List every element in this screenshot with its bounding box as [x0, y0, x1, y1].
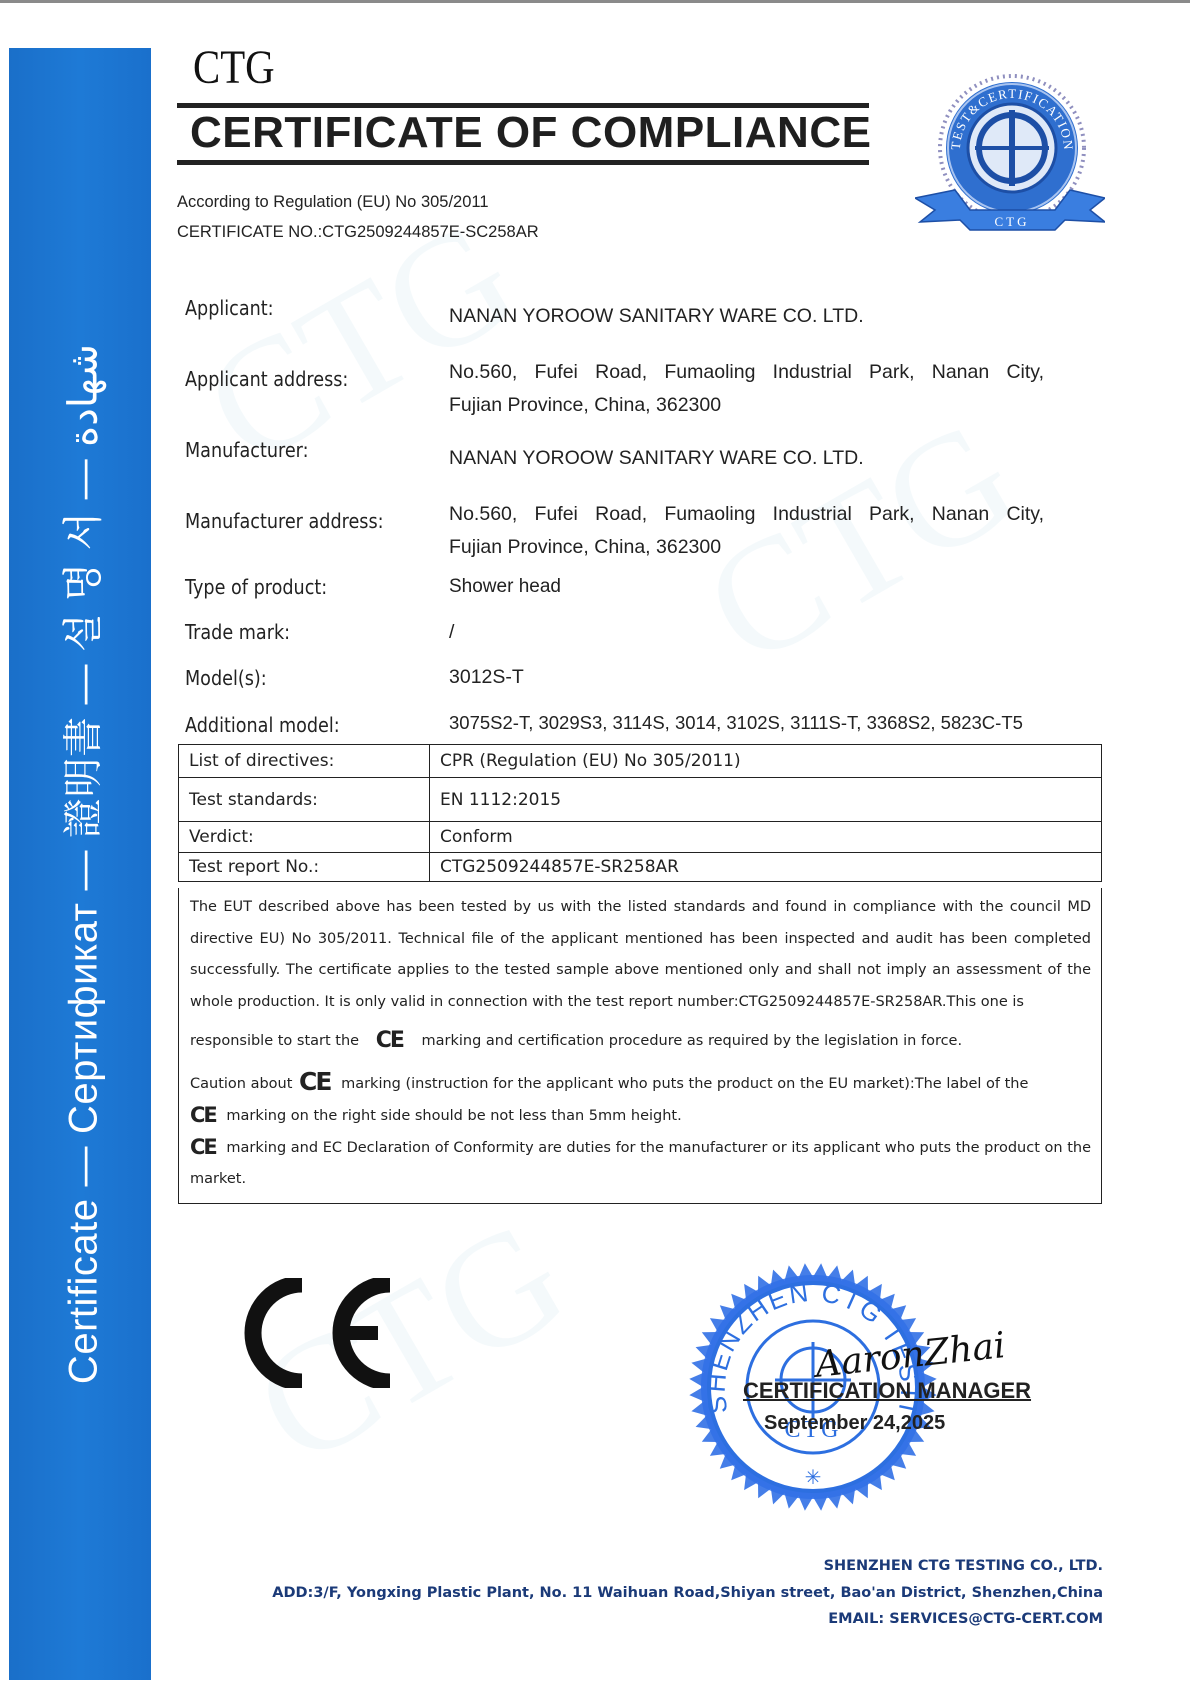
applicant-address-label: Applicant address:: [185, 367, 348, 391]
side-band-text: Certificate—Сертификат—證明書—설 명 서—شهادة: [52, 338, 109, 1390]
table-cell-label: Verdict:: [179, 822, 430, 853]
footer-email: EMAIL: SERVICES@CTG-CERT.COM: [828, 1611, 1103, 1627]
table-cell-value: EN 1112:2015: [430, 778, 1102, 822]
ce-mark-icon: CE: [299, 1067, 330, 1096]
statement-text: marking on the right side should be not …: [226, 1108, 681, 1124]
side-band: Certificate—Сертификат—證明書—설 명 서—شهادة: [9, 48, 151, 1680]
signatory-title: CERTIFICATION MANAGER: [743, 1378, 1031, 1404]
band-segment: Certificate: [62, 1199, 107, 1385]
band-separator: —: [62, 1146, 107, 1187]
manufacturer-address-value: No.560, Fufei Road, Fumaoling Industrial…: [449, 498, 1044, 564]
additional-model-label: Additional model:: [185, 713, 340, 737]
additional-model-value: 3075S2-T, 3029S3, 3114S, 3014, 3102S, 31…: [449, 706, 1023, 739]
statement-text: marking and EC Declaration of Conformity…: [190, 1140, 1091, 1187]
applicant-address-value: No.560, Fufei Road, Fumaoling Industrial…: [449, 356, 1044, 422]
manufacturer-address-label: Manufacturer address:: [185, 509, 384, 533]
band-segment: Сертификат: [62, 903, 107, 1134]
table-cell-label: List of directives:: [179, 745, 430, 778]
product-type-value: Shower head: [449, 570, 561, 603]
models-value: 3012S-T: [449, 661, 524, 694]
band-separator: —: [62, 459, 107, 500]
test-certification-badge-icon: TEST&CERTIFICATION CTG: [915, 70, 1105, 240]
applicant-value: NANAN YOROOW SANITARY WARE CO. LTD.: [449, 300, 864, 333]
ce-mark-icon: CE: [376, 1028, 403, 1053]
band-separator: —: [62, 664, 107, 705]
manufacturer-value: NANAN YOROOW SANITARY WARE CO. LTD.: [449, 442, 864, 475]
table-row: List of directives: CPR (Regulation (EU)…: [179, 745, 1102, 778]
statement-text: marking and certification procedure as r…: [421, 1033, 962, 1049]
table-cell-value: CTG2509244857E-SR258AR: [430, 853, 1102, 882]
signature-date: September 24,2025: [764, 1412, 945, 1435]
band-segment: 證明書: [52, 717, 109, 839]
certificate-number: CERTIFICATE NO.:CTG2509244857E-SC258AR: [177, 223, 539, 242]
table-row: Test standards: EN 1112:2015: [179, 778, 1102, 822]
scan-top-edge: [0, 0, 1190, 3]
applicant-label: Applicant:: [185, 296, 274, 320]
band-segment: شهادة: [61, 344, 107, 447]
band-segment: 설 명 서: [52, 511, 109, 652]
table-cell-label: Test standards:: [179, 778, 430, 822]
directives-table: List of directives: CPR (Regulation (EU)…: [178, 744, 1102, 882]
table-cell-value: Conform: [430, 822, 1102, 853]
ce-mark-icon: CE: [190, 1135, 216, 1159]
ce-mark-icon: [240, 1278, 400, 1388]
product-type-label: Type of product:: [185, 575, 327, 599]
manufacturer-label: Manufacturer:: [185, 438, 309, 462]
svg-text:CTG: CTG: [995, 214, 1030, 229]
trade-mark-label: Trade mark:: [185, 620, 290, 644]
statement-caution: Caution about CE marking (instruction fo…: [190, 1066, 1091, 1195]
statement-paragraph: The EUT described above has been tested …: [190, 892, 1091, 1018]
address-line-2: Fujian Province, China, 362300: [449, 394, 721, 416]
trade-mark-value: /: [449, 616, 454, 649]
brand-logo-text: CTG: [193, 40, 275, 95]
footer-address: ADD:3/F, Yongxing Plastic Plant, No. 11 …: [272, 1585, 1103, 1601]
table-row: Test report No.: CTG2509244857E-SR258AR: [179, 853, 1102, 882]
statement-text: responsible to start the: [190, 1033, 359, 1049]
models-label: Model(s):: [185, 666, 267, 690]
title-rule: [177, 160, 869, 165]
svg-text:✳: ✳: [805, 1467, 822, 1489]
table-cell-value: CPR (Regulation (EU) No 305/2011): [430, 745, 1102, 778]
table-row: Verdict: Conform: [179, 822, 1102, 853]
address-line-1: No.560, Fufei Road, Fumaoling Industrial…: [449, 498, 1044, 531]
band-separator: —: [62, 850, 107, 891]
footer-company: SHENZHEN CTG TESTING CO., LTD.: [824, 1558, 1103, 1574]
statement-responsibility: responsible to start the CE marking and …: [190, 1026, 1091, 1056]
statement-text: Caution about: [190, 1076, 292, 1092]
table-cell-label: Test report No.:: [179, 853, 430, 882]
ce-mark-icon: CE: [190, 1103, 216, 1127]
address-line-1: No.560, Fufei Road, Fumaoling Industrial…: [449, 356, 1044, 389]
page-title: CERTIFICATE OF COMPLIANCE: [190, 108, 871, 158]
compliance-statement: The EUT described above has been tested …: [178, 888, 1102, 1204]
address-line-2: Fujian Province, China, 362300: [449, 536, 721, 558]
regulation-line: According to Regulation (EU) No 305/2011: [177, 193, 489, 212]
statement-text: marking (instruction for the applicant w…: [341, 1076, 1028, 1092]
